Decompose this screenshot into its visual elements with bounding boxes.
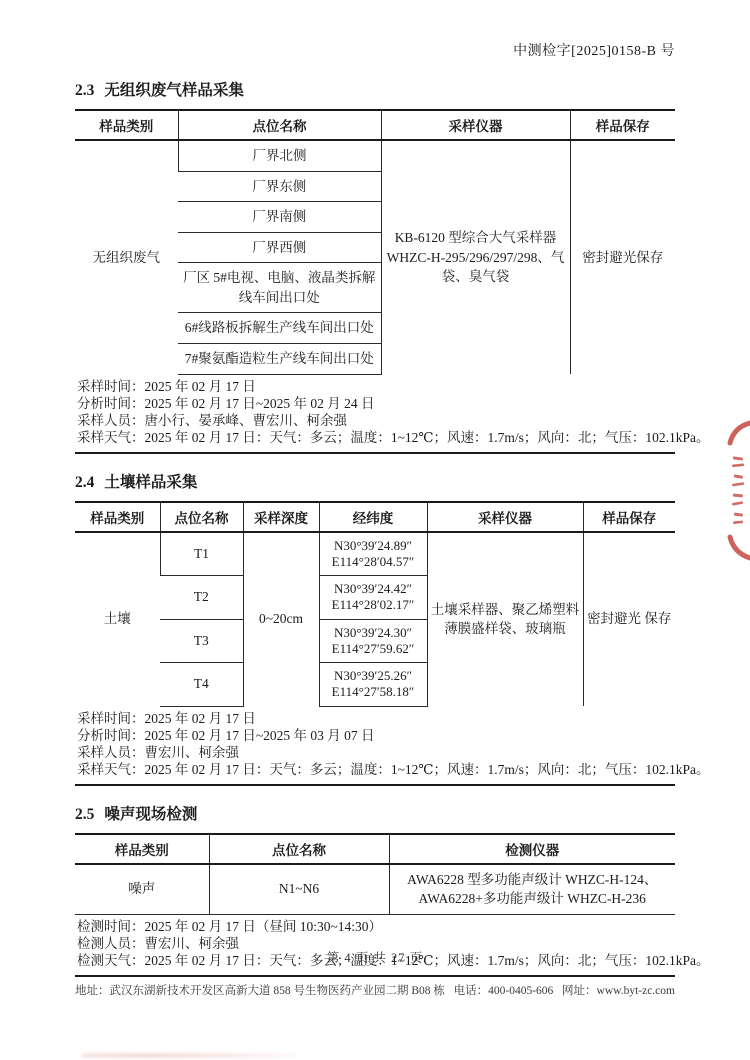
table-row: 噪声 N1~N6 AWA6228 型多功能声级计 WHZC-H-124、 AWA… bbox=[75, 864, 675, 915]
page-indicator: 第 4 页 共 27 页 bbox=[0, 948, 750, 966]
note-sampling-staff: 采样人员：曹宏川、柯余强 bbox=[77, 744, 673, 761]
point-cell: 厂界北侧 bbox=[178, 140, 381, 171]
doc-number: 中测检字[2025]0158-B 号 bbox=[75, 40, 675, 60]
note-sampling-staff: 采样人员：唐小行、晏承峰、曹宏川、柯余强 bbox=[77, 412, 673, 429]
col-header-depth: 采样深度 bbox=[243, 502, 319, 532]
col-header-preservation: 样品保存 bbox=[583, 502, 675, 532]
preservation-cell: 密封避光保存 bbox=[570, 140, 675, 374]
point-cell: 7#聚氨酯造粒生产线车间出口处 bbox=[178, 343, 381, 374]
point-cell: 厂界西侧 bbox=[178, 232, 381, 263]
point-cell: N1~N6 bbox=[209, 864, 389, 915]
col-header-sample-type: 样品类别 bbox=[75, 110, 178, 140]
instrument-line: AWA6228+多功能声级计 WHZC-H-236 bbox=[393, 889, 673, 909]
coordinates-cell: N30°39′24.30″ E114°27′59.62″ bbox=[319, 619, 427, 663]
instrument-line: AWA6228 型多功能声级计 WHZC-H-124、 bbox=[393, 870, 673, 890]
point-cell: 厂界东侧 bbox=[178, 171, 381, 202]
coordinates-cell: N30°39′25.26″ E114°27′58.18″ bbox=[319, 663, 427, 707]
longitude: E114°27′58.18″ bbox=[323, 684, 424, 700]
point-cell: 厂界南侧 bbox=[178, 202, 381, 233]
section-2-4-title: 2.4土壤样品采集 bbox=[75, 470, 675, 492]
table-row: 无组织废气 厂界北侧 KB-6120 型综合大气采样器 WHZC-H-295/2… bbox=[75, 140, 675, 171]
point-cell: 厂区 5#电视、电脑、液晶类拆解线车间出口处 bbox=[178, 263, 381, 313]
latitude: N30°39′24.30″ bbox=[323, 625, 424, 641]
longitude: E114°27′59.62″ bbox=[323, 641, 424, 657]
note-analysis-time: 分析时间：2025 年 02 月 17 日~2025 年 02 月 24 日 bbox=[77, 395, 673, 412]
document-content: 中测检字[2025]0158-B 号 2.3无组织废气样品采集 样品类别 点位名… bbox=[0, 0, 750, 977]
note-sampling-weather: 采样天气：2025 年 02 月 17 日：天气：多云；温度：1~12℃；风速：… bbox=[77, 761, 673, 778]
note-analysis-time: 分析时间：2025 年 02 月 17 日~2025 年 03 月 07 日 bbox=[77, 727, 673, 744]
point-cell: T1 bbox=[160, 532, 243, 576]
col-header-instrument: 采样仪器 bbox=[381, 110, 570, 140]
section-title-text: 噪声现场检测 bbox=[104, 806, 197, 823]
footer-website: 网址：www.byt-zc.com bbox=[562, 982, 675, 998]
longitude: E114°28′04.57″ bbox=[323, 554, 424, 570]
col-header-point-name: 点位名称 bbox=[160, 502, 243, 532]
red-seal-remnant-bottom bbox=[82, 1052, 297, 1059]
table-row: 土壤 T1 0~20cm N30°39′24.89″ E114°28′04.57… bbox=[75, 532, 675, 576]
section-title-text: 土壤样品采集 bbox=[104, 474, 197, 491]
point-cell: T4 bbox=[160, 663, 243, 707]
section-number: 2.3 bbox=[75, 82, 94, 99]
sample-type-cell: 无组织废气 bbox=[75, 140, 178, 374]
footer-phone: 电话：400-0405-606 bbox=[454, 982, 554, 998]
waste-gas-sampling-table: 样品类别 点位名称 采样仪器 样品保存 无组织废气 厂界北侧 KB-6120 型… bbox=[75, 109, 675, 375]
latitude: N30°39′24.89″ bbox=[323, 538, 424, 554]
longitude: E114°28′02.17″ bbox=[323, 597, 424, 613]
coordinates-cell: N30°39′24.42″ E114°28′02.17″ bbox=[319, 576, 427, 620]
col-header-point-name: 点位名称 bbox=[178, 110, 381, 140]
report-page: { "header": { "doc_number": "中测检字[2025]0… bbox=[0, 0, 750, 1060]
point-cell: T2 bbox=[160, 576, 243, 620]
coordinates-cell: N30°39′24.89″ E114°28′04.57″ bbox=[319, 532, 427, 576]
sample-type-cell: 噪声 bbox=[75, 864, 209, 915]
soil-sampling-table: 样品类别 点位名称 采样深度 经纬度 采样仪器 样品保存 土壤 T1 0~20c… bbox=[75, 501, 675, 707]
col-header-sample-type: 样品类别 bbox=[75, 834, 209, 864]
section-2-4: 2.4土壤样品采集 样品类别 点位名称 采样深度 经纬度 采样仪器 样品保存 土… bbox=[75, 470, 675, 786]
detection-notes: 检测时间：2025 年 02 月 17 日（昼间 10:30~14:30） 检测… bbox=[75, 915, 675, 977]
col-header-sample-type: 样品类别 bbox=[75, 502, 160, 532]
sampling-notes: 采样时间：2025 年 02 月 17 日 分析时间：2025 年 02 月 1… bbox=[75, 707, 675, 786]
col-header-point-name: 点位名称 bbox=[209, 834, 389, 864]
latitude: N30°39′25.26″ bbox=[323, 668, 424, 684]
table-header-row: 样品类别 点位名称 检测仪器 bbox=[75, 834, 675, 864]
instrument-cell: AWA6228 型多功能声级计 WHZC-H-124、 AWA6228+多功能声… bbox=[389, 864, 675, 915]
section-title-text: 无组织废气样品采集 bbox=[104, 82, 244, 99]
section-number: 2.4 bbox=[75, 474, 94, 491]
table-header-row: 样品类别 点位名称 采样仪器 样品保存 bbox=[75, 110, 675, 140]
point-cell: T3 bbox=[160, 619, 243, 663]
noise-detection-table: 样品类别 点位名称 检测仪器 噪声 N1~N6 AWA6228 型多功能声级计 … bbox=[75, 833, 675, 915]
col-header-preservation: 样品保存 bbox=[570, 110, 675, 140]
col-header-coordinates: 经纬度 bbox=[319, 502, 427, 532]
sample-type-cell: 土壤 bbox=[75, 532, 160, 707]
footer-contact-bar: 地址：武汉东湖新技术开发区高新大道 858 号生物医药产业园二期 B08 栋 电… bbox=[75, 982, 675, 998]
preservation-cell: 密封避光 保存 bbox=[583, 532, 675, 707]
note-sampling-weather: 采样天气：2025 年 02 月 17 日：天气：多云；温度：1~12℃；风速：… bbox=[77, 429, 673, 446]
note-sampling-time: 采样时间：2025 年 02 月 17 日 bbox=[77, 710, 673, 727]
section-2-3: 2.3无组织废气样品采集 样品类别 点位名称 采样仪器 样品保存 无组织废气 厂… bbox=[75, 78, 675, 454]
section-2-5-title: 2.5噪声现场检测 bbox=[75, 802, 675, 824]
note-sampling-time: 采样时间：2025 年 02 月 17 日 bbox=[77, 378, 673, 395]
footer-address: 地址：武汉东湖新技术开发区高新大道 858 号生物医药产业园二期 B08 栋 bbox=[75, 982, 445, 998]
col-header-instrument: 检测仪器 bbox=[389, 834, 675, 864]
section-2-3-title: 2.3无组织废气样品采集 bbox=[75, 78, 675, 100]
point-cell: 6#线路板拆解生产线车间出口处 bbox=[178, 313, 381, 344]
note-detection-time: 检测时间：2025 年 02 月 17 日（昼间 10:30~14:30） bbox=[77, 918, 673, 935]
depth-cell: 0~20cm bbox=[243, 532, 319, 707]
instrument-cell: KB-6120 型综合大气采样器 WHZC-H-295/296/297/298、… bbox=[381, 140, 570, 374]
latitude: N30°39′24.42″ bbox=[323, 581, 424, 597]
instrument-cell: 土壤采样器、聚乙烯塑料薄膜盛样袋、玻璃瓶 bbox=[427, 532, 583, 707]
table-header-row: 样品类别 点位名称 采样深度 经纬度 采样仪器 样品保存 bbox=[75, 502, 675, 532]
section-number: 2.5 bbox=[75, 806, 94, 823]
sampling-notes: 采样时间：2025 年 02 月 17 日 分析时间：2025 年 02 月 1… bbox=[75, 375, 675, 454]
col-header-instrument: 采样仪器 bbox=[427, 502, 583, 532]
